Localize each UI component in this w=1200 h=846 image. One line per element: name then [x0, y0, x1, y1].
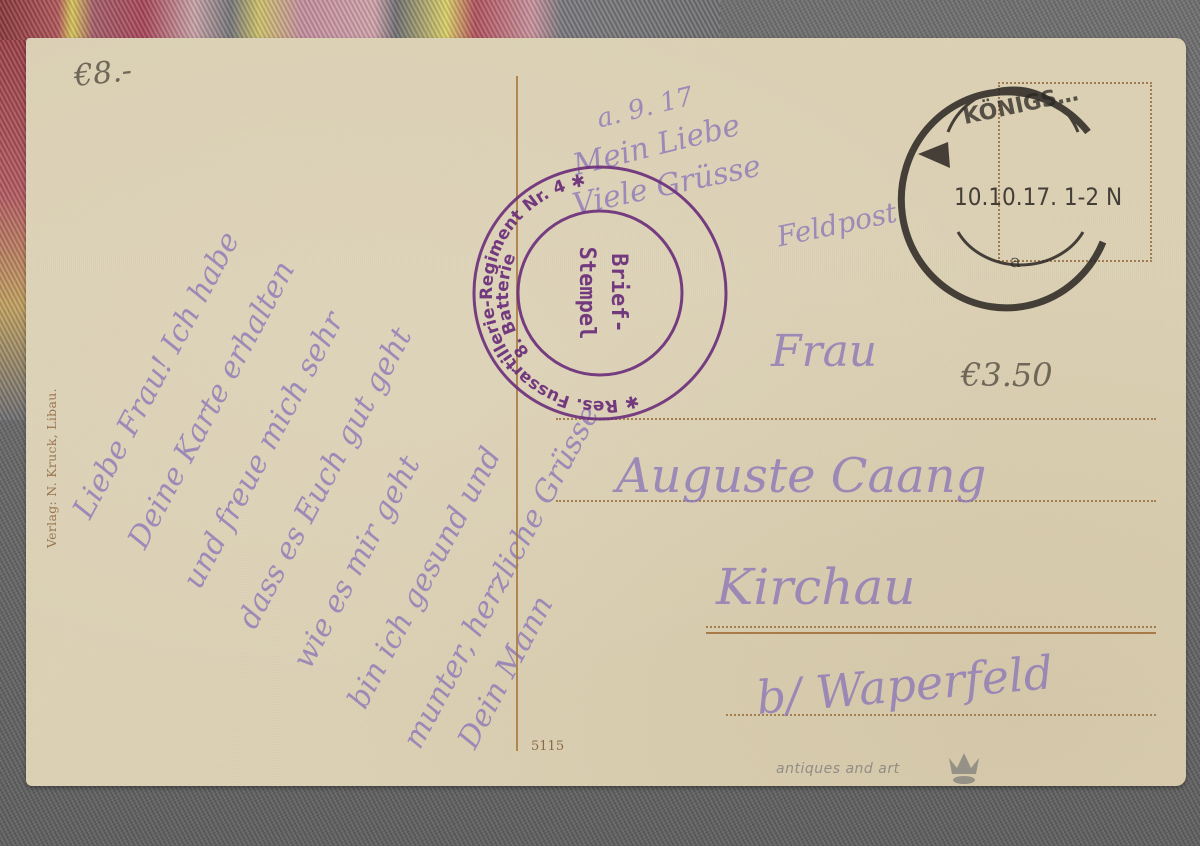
address-line-4: b/ Waperfeld: [754, 645, 1055, 725]
stamp-center-line-1: Brief-: [606, 253, 631, 332]
pencil-price-note: €3.50: [961, 356, 1053, 394]
address-line: [706, 626, 1156, 628]
postmark: KÖNIGS… 10.10.17. 1-2 N a: [888, 62, 1128, 312]
regiment-stamp: ✱ Res. Fussartillerie-Regiment Nr. 4 ✱ 8…: [470, 163, 730, 423]
pencil-note-top-left: €8.-: [72, 53, 133, 94]
crown-icon: [946, 750, 982, 784]
address-line-2: Auguste Caang: [616, 448, 986, 504]
watermark-text: antiques and art: [776, 761, 900, 777]
postmark-bottom-mark: a: [1010, 251, 1021, 272]
postmark-date: 10.10.17. 1-2 N: [954, 183, 1122, 211]
publisher-imprint: Verlag: N. Kruck, Libau.: [44, 388, 59, 548]
card-number: 5115: [531, 739, 564, 754]
message-line: Feldpost: [774, 196, 900, 254]
address-line-3: Kirchau: [716, 558, 915, 616]
address-underline: [706, 632, 1156, 634]
address-line-1: Frau: [771, 326, 877, 377]
stamp-center-line-2: Stempel: [574, 247, 599, 340]
